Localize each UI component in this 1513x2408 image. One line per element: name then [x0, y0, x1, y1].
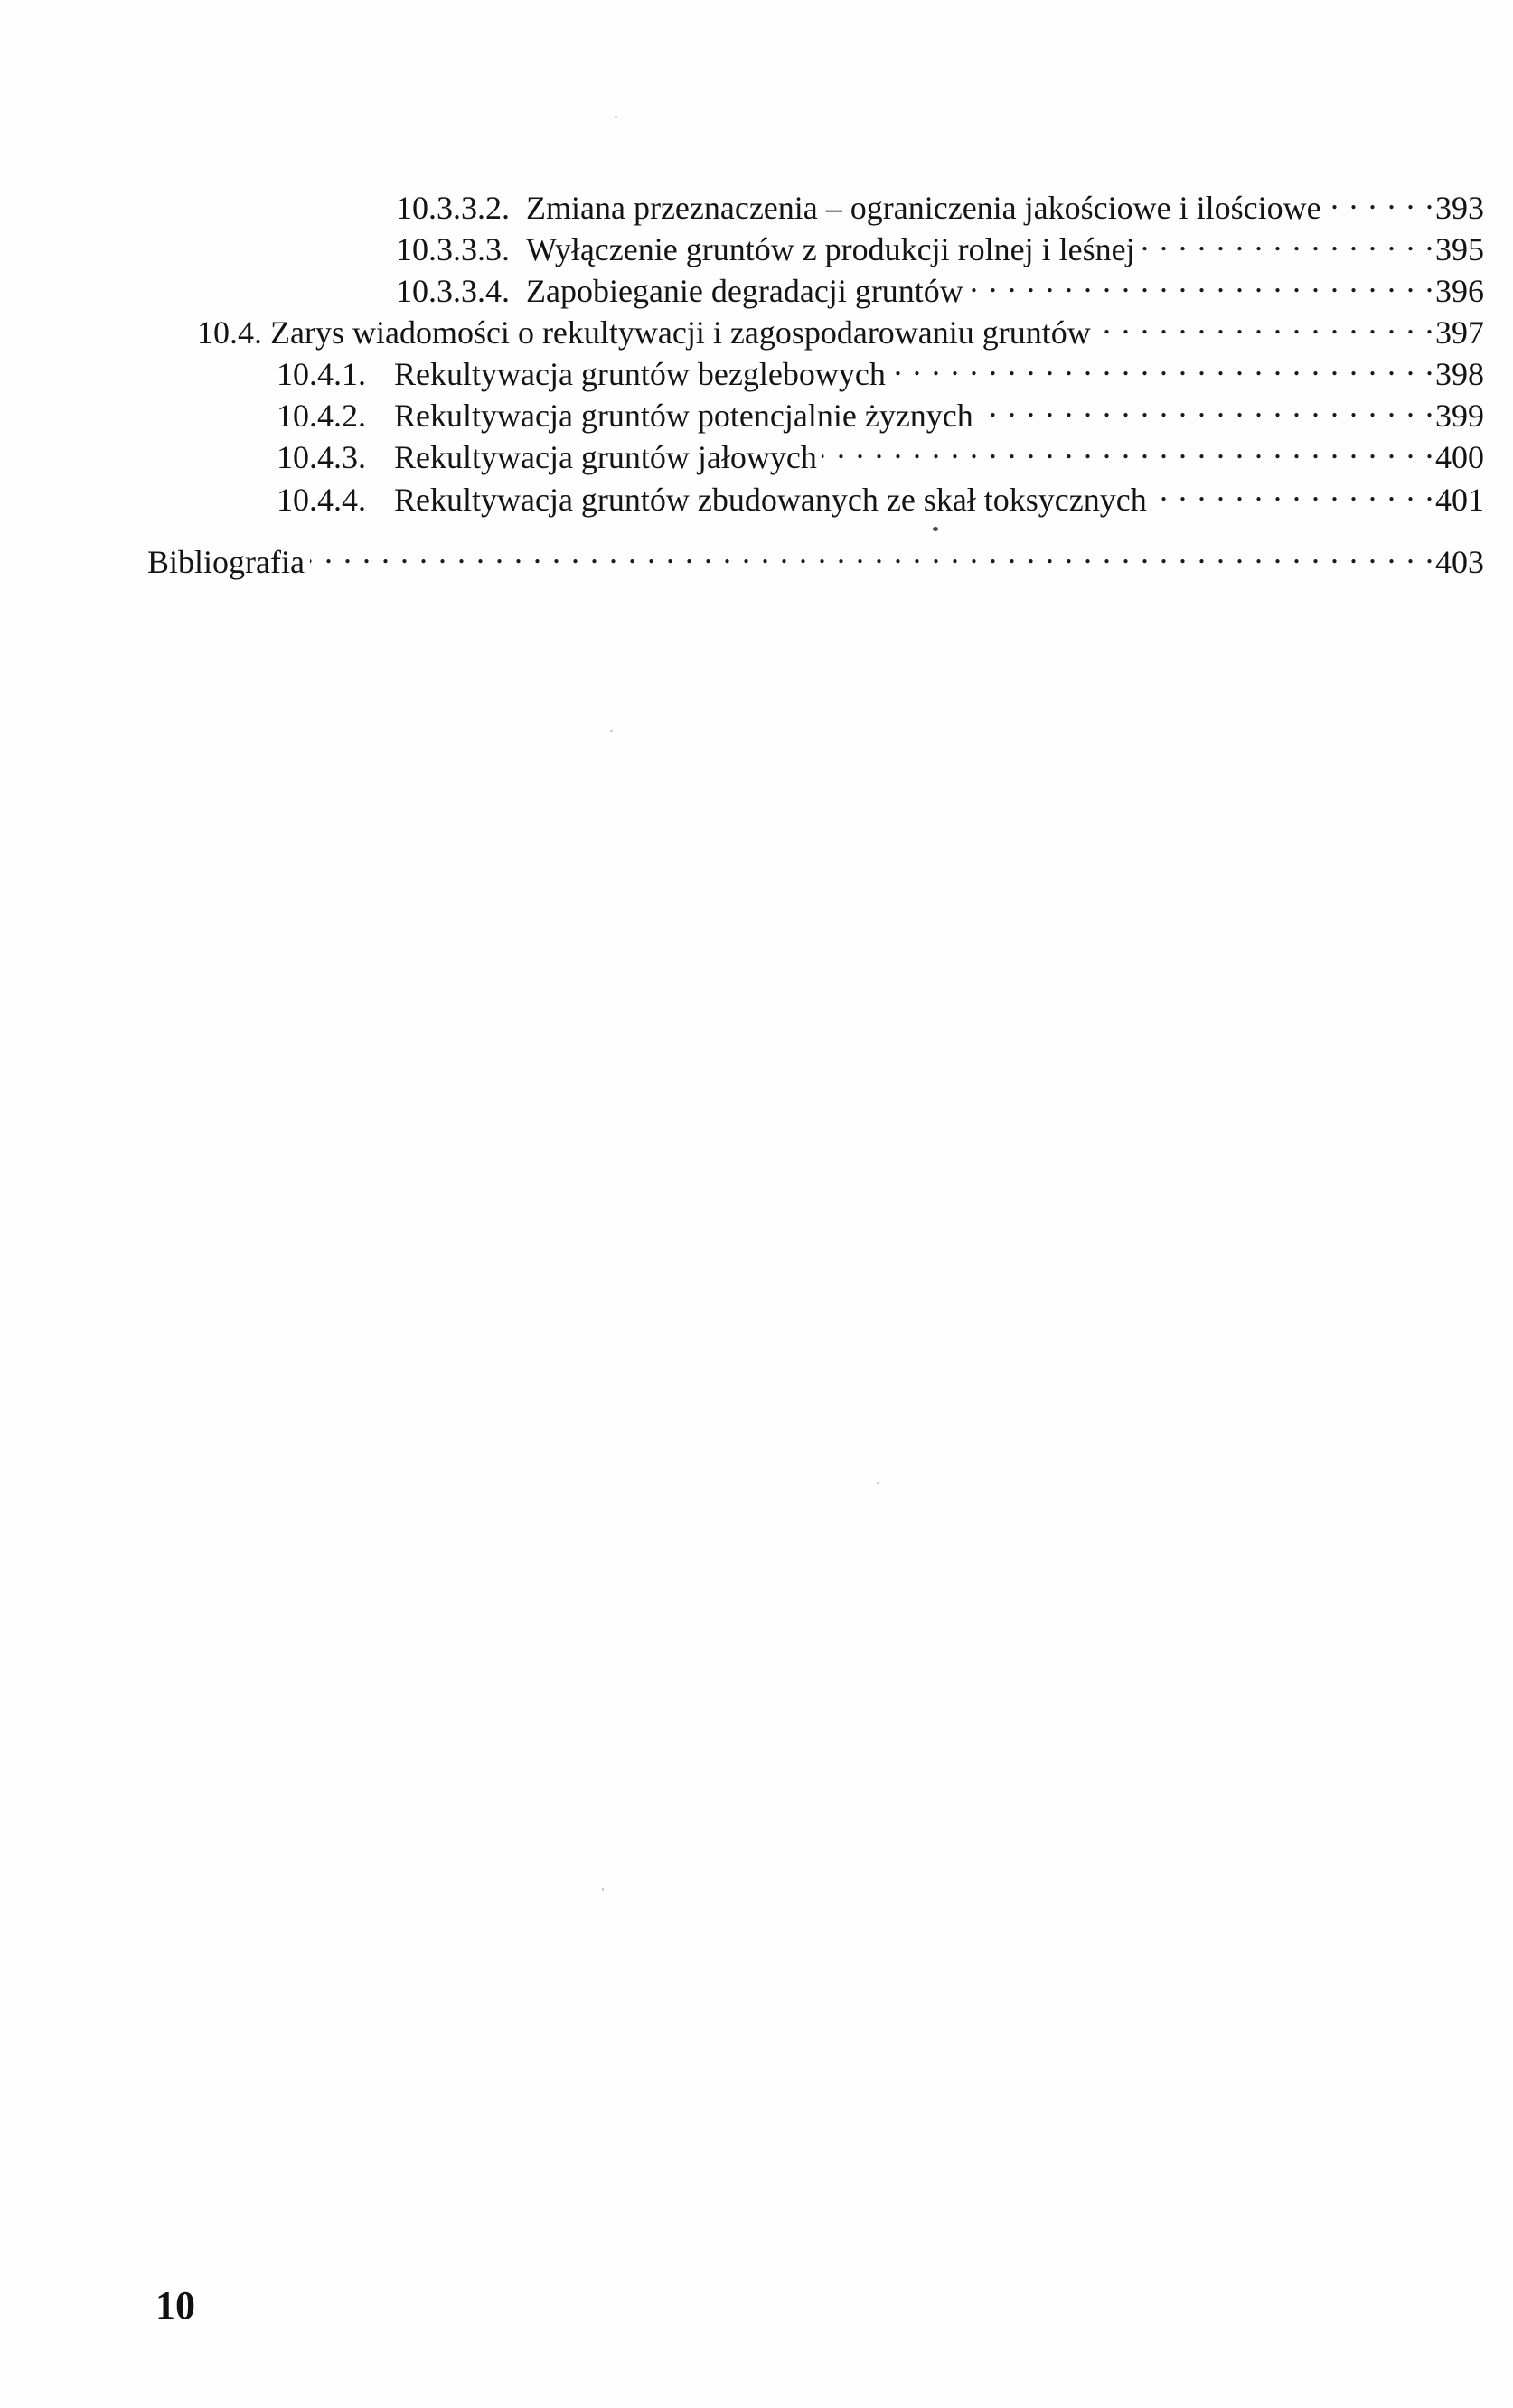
toc-entry[interactable]: 10.4.3. Rekultywacja gruntów jałowych 40…: [277, 426, 1484, 468]
scan-speck: [877, 1482, 879, 1484]
document-page: 10.3.3.2. Zmiana przeznaczenia – ogranic…: [0, 0, 1513, 2408]
dot-leader: [979, 385, 1433, 426]
toc-entry-title: Rekultywacja gruntów zbudowanych ze skał…: [394, 479, 1147, 520]
toc-entry-bibliography[interactable]: Bibliografia 403: [147, 531, 1484, 573]
toc-entry[interactable]: 10.4.2. Rekultywacja gruntów potencjalni…: [277, 385, 1484, 426]
toc-entry-number: 10.4.: [197, 312, 262, 353]
scan-speck: [933, 527, 938, 531]
page-number: 10: [155, 2282, 195, 2329]
toc-entry[interactable]: 10.3.3.2. Zmiana przeznaczenia – ogranic…: [396, 177, 1484, 219]
toc-entry-title: Bibliografia: [147, 541, 305, 583]
scan-speck: [615, 116, 617, 118]
toc-entry[interactable]: 10.3.3.4. Zapobieganie degradacji gruntó…: [396, 260, 1484, 302]
dot-leader: [1152, 469, 1433, 511]
dot-leader: [1327, 177, 1433, 219]
dot-leader: [969, 260, 1433, 302]
toc-entry-page: 401: [1435, 479, 1484, 520]
toc-entry[interactable]: 10.3.3.3. Wyłączenie gruntów z produkcji…: [396, 219, 1484, 260]
scan-speck: [610, 730, 613, 732]
toc-entry[interactable]: 10.4.1. Rekultywacja gruntów bezglebowyc…: [277, 343, 1484, 385]
scan-speck: [602, 1888, 604, 1891]
toc-entry-number: 10.4.4.: [277, 479, 394, 520]
toc-entry-page: 403: [1435, 541, 1484, 583]
dot-leader: [310, 531, 1433, 573]
dot-leader: [1141, 219, 1433, 260]
dot-leader: [891, 343, 1433, 385]
toc-entry[interactable]: 10.4.4. Rekultywacja gruntów zbudowanych…: [277, 469, 1484, 511]
dot-leader: [1096, 302, 1433, 343]
dot-leader: [822, 426, 1433, 468]
toc-entry[interactable]: 10.4. Zarys wiadomości o rekultywacji i …: [197, 302, 1484, 343]
